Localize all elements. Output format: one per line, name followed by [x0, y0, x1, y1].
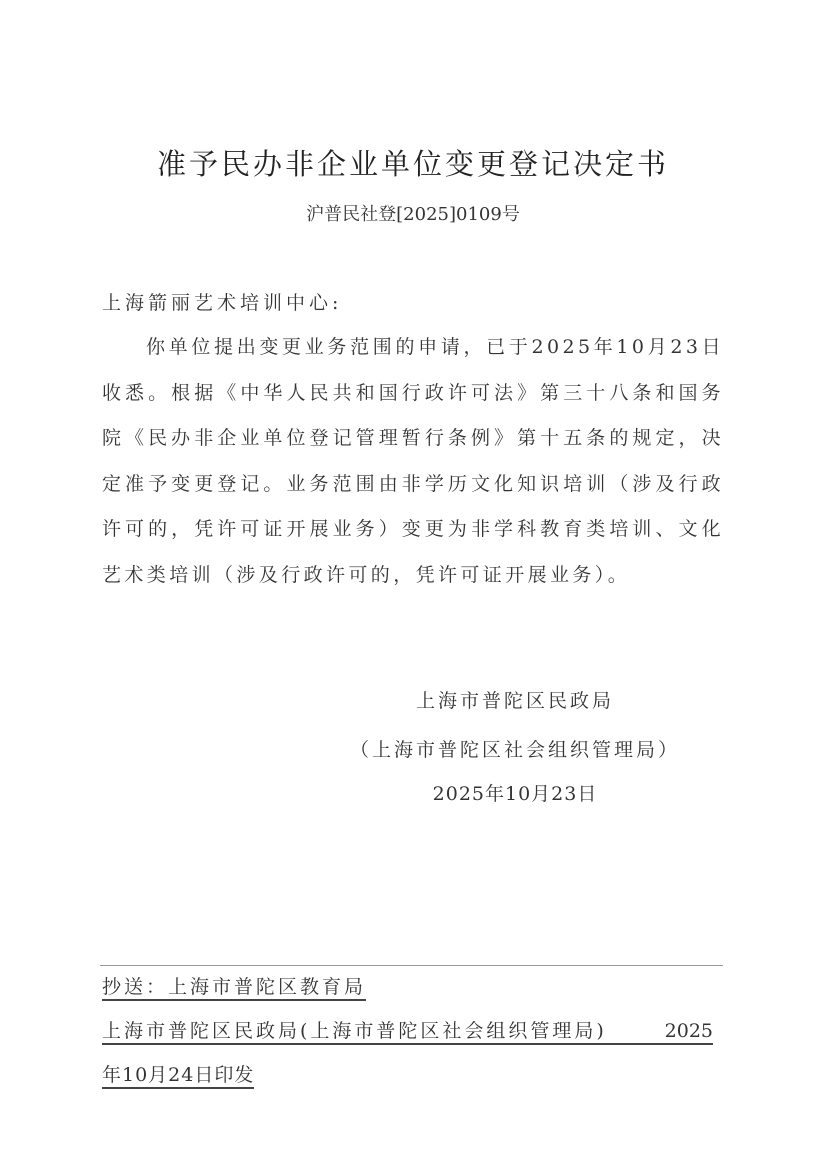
body-paragraph: 你单位提出变更业务范围的申请，已于2025年10月23日收悉。根据《中华人民共和… — [102, 325, 724, 598]
issuer-name: 上海市普陀区民政局 — [340, 686, 690, 713]
print-date: 年10月24日印发 — [102, 1064, 254, 1089]
issue-date: 2025年10月23日 — [340, 779, 690, 806]
document-number: 沪普民社登[2025]0109号 — [0, 200, 826, 226]
recipient: 上海箭丽艺术培训中心: — [102, 288, 342, 315]
cc-line: 抄送：上海市普陀区教育局 — [102, 976, 366, 1001]
print-year: 2025 — [665, 1020, 713, 1042]
printer-name: 上海市普陀区民政局(上海市普陀区社会组织管理局) — [102, 1020, 607, 1042]
issuer-alt-name: （上海市普陀区社会组织管理局） — [340, 735, 690, 762]
printer-line: 上海市普陀区民政局(上海市普陀区社会组织管理局) 2025 — [102, 1020, 713, 1045]
footer-divider — [100, 965, 723, 966]
document-title: 准予民办非企业单位变更登记决定书 — [0, 142, 826, 183]
